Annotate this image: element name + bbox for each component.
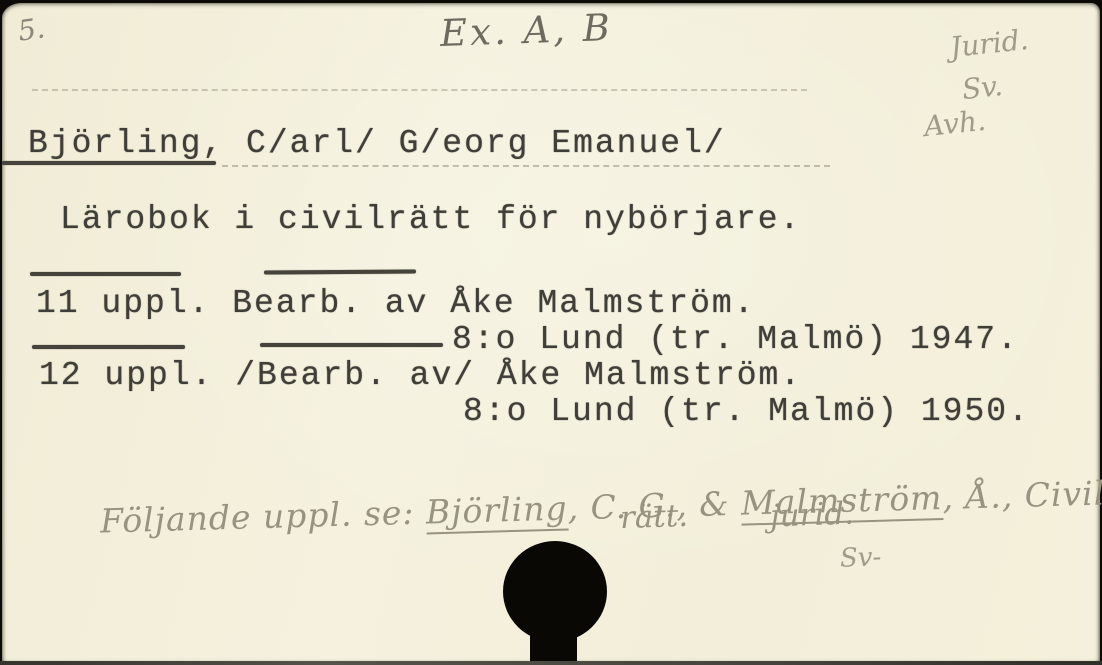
catalog-card: 5. Ex. A, B Jurid. Sv. Avh. Björling, C/… <box>2 3 1100 665</box>
card-bottom-edge <box>0 661 1102 665</box>
classification-line-3: Avh. <box>922 104 987 143</box>
classification-line-2: Sv. <box>960 69 1004 106</box>
note-name-bjorling: Björling <box>425 489 568 535</box>
heading-underline-faint <box>222 165 830 167</box>
corner-number: 5. <box>16 11 47 47</box>
rod-hole-slot <box>530 613 577 665</box>
copies-note: Ex. A, B <box>439 6 613 55</box>
erased-line <box>32 89 807 91</box>
edition-1-label: 11 uppl. Bearb. av Åke Malmström. <box>36 285 756 322</box>
author-heading: Björling, C/arl/ G/eorg Emanuel/ <box>28 125 726 162</box>
classification-line-1: Jurid. <box>948 23 1029 64</box>
note-word-sv: Sv- <box>839 542 881 573</box>
edition-2-label: 12 uppl. /Bearb. av/ Åke Malmström. <box>39 357 802 394</box>
ditto-rule-1a <box>30 272 181 276</box>
ditto-rule-2b <box>260 343 443 347</box>
ditto-rule-2a <box>32 345 185 349</box>
edition-1-imprint: 8:o Lund (tr. Malmö) 1947. <box>452 321 1019 358</box>
ditto-rule-1b <box>264 269 416 274</box>
note-word-jurid: jurid. <box>769 496 854 535</box>
note-suffix: , Å., Civil- <box>942 473 1102 517</box>
note-word-ratt: rätt. <box>619 498 688 536</box>
book-title: Lärobok i civilrätt för nybörjare. <box>60 201 801 238</box>
heading-underline <box>2 161 216 165</box>
note-prefix: Följande uppl. se: <box>100 492 427 540</box>
edition-2-imprint: 8:o Lund (tr. Malmö) 1950. <box>463 393 1030 430</box>
